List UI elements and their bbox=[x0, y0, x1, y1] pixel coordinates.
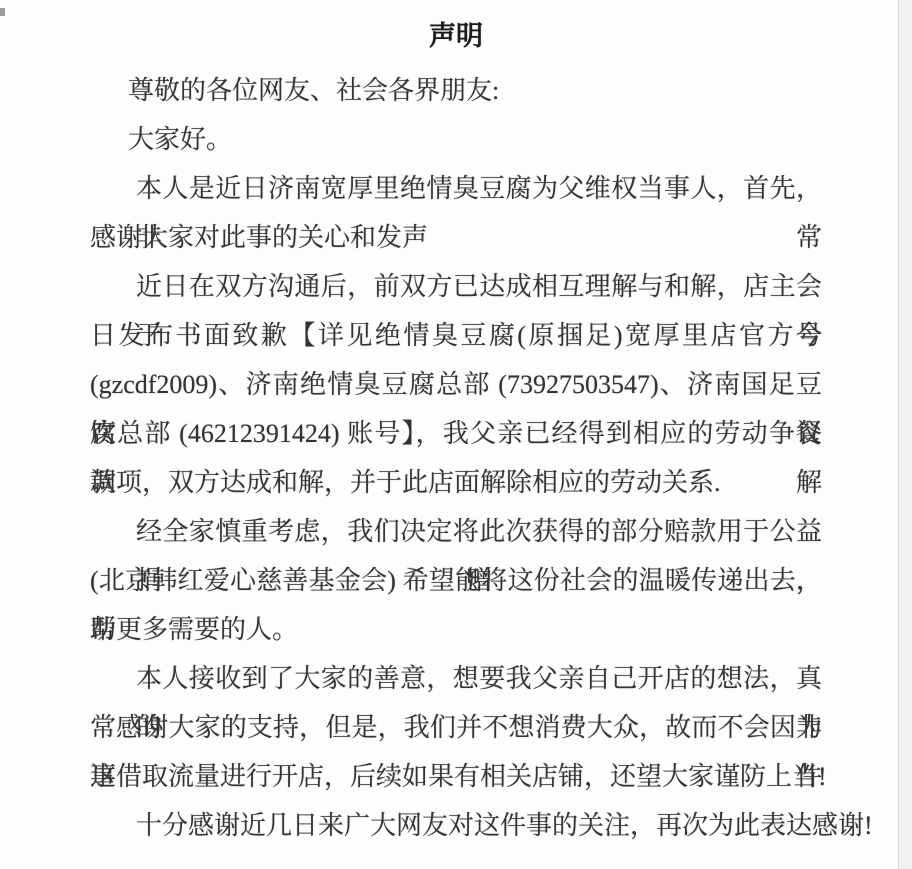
statement-document: 声明 尊敬的各位网友、社会各界朋友: 大家好。 本人是近日济南宽厚里绝情臭豆腐为… bbox=[90, 14, 822, 850]
statement-line: 事借取流量进行开店，后续如果有相关店铺，还望大家谨防上当! bbox=[90, 752, 822, 801]
statement-line: 款项，双方达成和解，并于此店面解除相应的劳动关系. bbox=[90, 458, 822, 507]
statement-line-greeting: 大家好。 bbox=[90, 115, 822, 164]
statement-line: 助更多需要的人。 bbox=[90, 605, 822, 654]
statement-line: (gzcdf2009)、济南绝情臭豆腐总部 (73927503547)、济南国足… bbox=[90, 360, 822, 409]
statement-line: 近日在双方沟通后，前双方已达成相互理解与和解，店主会于今 bbox=[90, 262, 822, 311]
statement-line: 本人是近日济南宽厚里绝情臭豆腐为父维权当事人，首先，非常 bbox=[90, 164, 822, 213]
statement-line-closing: 十分感谢近几日来广大网友对这件事的关注，再次为此表达感谢! bbox=[90, 801, 822, 850]
statement-line: 常感谢大家的支持，但是，我们并不想消费大众，故而不会因为这件 bbox=[90, 703, 822, 752]
page-title: 声明 bbox=[90, 14, 822, 66]
statement-line: (北京韩红爱心慈善基金会) 希望能将这份社会的温暖传递出去，帮 bbox=[90, 556, 822, 605]
statement-line: 饮总部 (46212391424) 账号】，我父亲已经得到相应的劳动争议调解 bbox=[90, 409, 822, 458]
document-page: 声明 尊敬的各位网友、社会各界朋友: 大家好。 本人是近日济南宽厚里绝情臭豆腐为… bbox=[0, 0, 912, 869]
statement-line: 日发布书面致歉【详见绝情臭豆腐(原掴足)宽厚里店官方号 bbox=[90, 311, 822, 360]
statement-line: 本人接收到了大家的善意，想要我父亲自己开店的想法，真的非 bbox=[90, 654, 822, 703]
statement-line: 经全家慎重考虑，我们决定将此次获得的部分赔款用于公益捐赠， bbox=[90, 507, 822, 556]
page-edge bbox=[898, 0, 912, 869]
statement-line-salutation: 尊敬的各位网友、社会各界朋友: bbox=[90, 66, 822, 115]
scan-corner-artifact bbox=[0, 8, 5, 16]
